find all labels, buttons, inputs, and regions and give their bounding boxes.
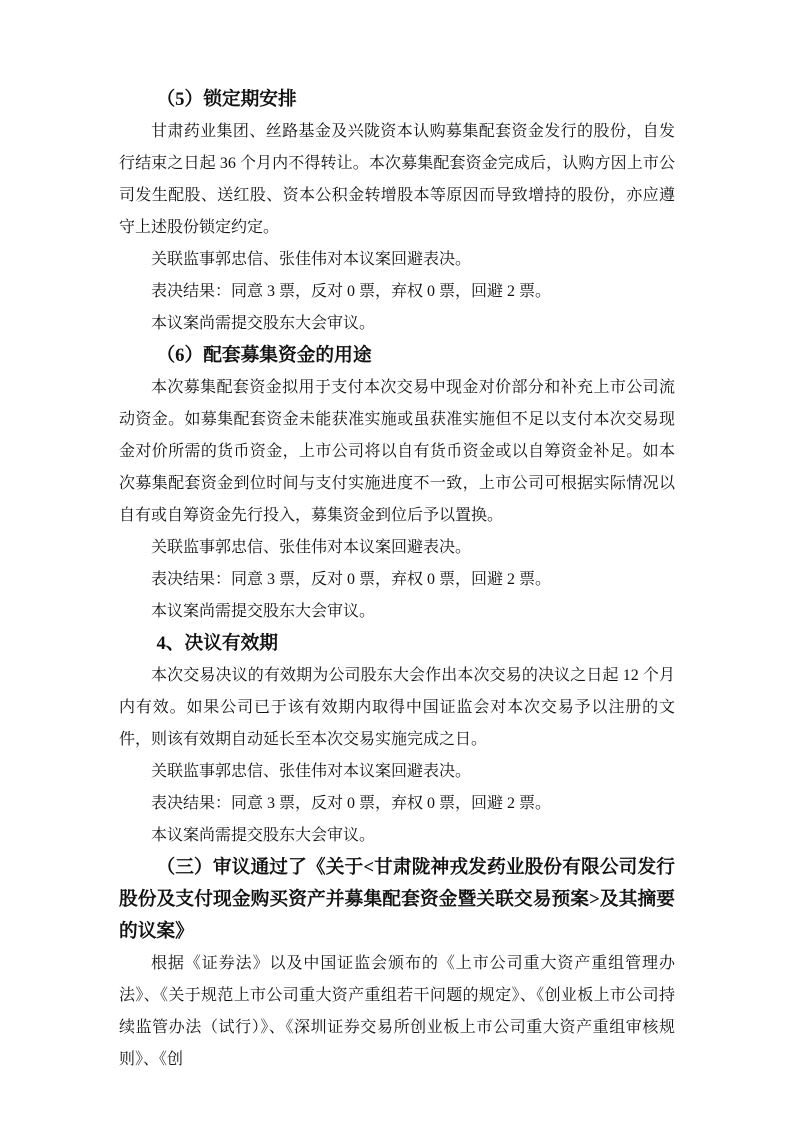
document-page: （5）锁定期安排 甘肃药业集团、丝路基金及兴陇资本认购募集配套资金发行的股份，自… xyxy=(0,0,793,1122)
heading-resolution-validity: 4、决议有效期 xyxy=(119,628,675,660)
heading-use-of-raised-funds: （6）配套募集资金的用途 xyxy=(119,340,675,372)
para-recusal-statement-3: 关联监事郭忠信、张佳伟对本议案回避表决。 xyxy=(119,756,675,788)
para-vote-result-1: 表决结果：同意 3 票，反对 0 票，弃权 0 票，回避 2 票。 xyxy=(119,276,675,308)
para-shareholder-review-1: 本议案尚需提交股东大会审议。 xyxy=(119,308,675,340)
para-use-of-raised-funds-body: 本次募集配套资金拟用于支付本次交易中现金对价部分和补充上市公司流动资金。如募集配… xyxy=(119,372,675,532)
heading-item-three-proposal: （三）审议通过了《关于<甘肃陇神戎发药业股份有限公司发行股份及支付现金购买资产并… xyxy=(119,852,675,948)
heading-lockup-period: （5）锁定期安排 xyxy=(119,84,675,116)
para-recusal-statement-1: 关联监事郭忠信、张佳伟对本议案回避表决。 xyxy=(119,244,675,276)
para-shareholder-review-2: 本议案尚需提交股东大会审议。 xyxy=(119,596,675,628)
para-shareholder-review-3: 本议案尚需提交股东大会审议。 xyxy=(119,820,675,852)
para-recusal-statement-2: 关联监事郭忠信、张佳伟对本议案回避表决。 xyxy=(119,532,675,564)
para-legal-basis: 根据《证券法》以及中国证监会颁布的《上市公司重大资产重组管理办法》、《关于规范上… xyxy=(119,948,675,1076)
para-vote-result-2: 表决结果：同意 3 票，反对 0 票，弃权 0 票，回避 2 票。 xyxy=(119,564,675,596)
para-resolution-validity-body: 本次交易决议的有效期为公司股东大会作出本次交易的决议之日起 12 个月内有效。如… xyxy=(119,660,675,756)
para-lockup-period-body: 甘肃药业集团、丝路基金及兴陇资本认购募集配套资金发行的股份，自发行结束之日起 3… xyxy=(119,116,675,244)
para-vote-result-3: 表决结果：同意 3 票，反对 0 票，弃权 0 票，回避 2 票。 xyxy=(119,788,675,820)
